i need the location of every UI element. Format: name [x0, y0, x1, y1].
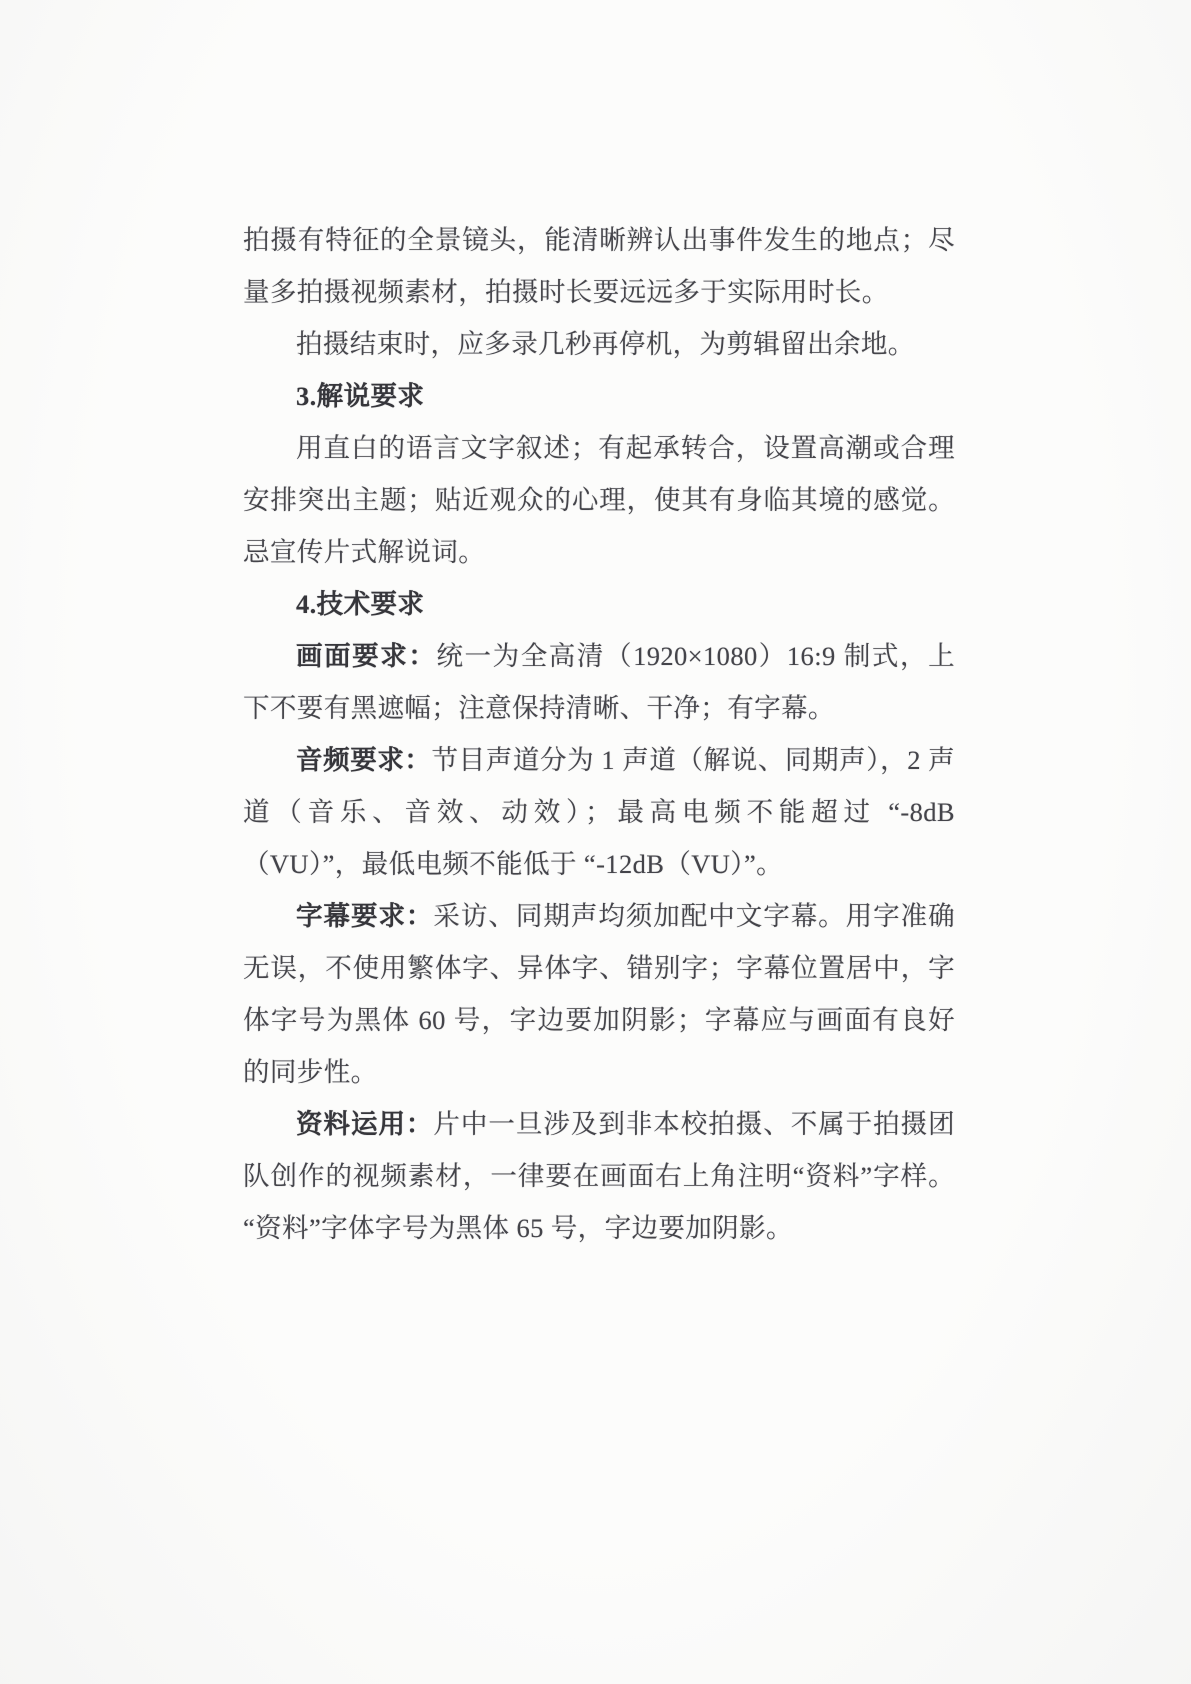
paragraph-shooting-continuation: 拍摄有特征的全景镜头，能清晰辨认出事件发生的地点；尽量多拍摄视频素材，拍摄时长要…	[243, 214, 955, 318]
heading-text: 3.解说要求	[296, 381, 424, 411]
document-text-block: 拍摄有特征的全景镜头，能清晰辨认出事件发生的地点；尽量多拍摄视频素材，拍摄时长要…	[243, 214, 955, 1254]
paragraph-lead: 画面要求：	[296, 641, 436, 671]
paragraph-narration-requirements: 用直白的语言文字叙述；有起承转合，设置高潮或合理安排突出主题；贴近观众的心理，使…	[243, 422, 955, 578]
paragraph-shooting-end: 拍摄结束时，应多录几秒再停机，为剪辑留出余地。	[243, 318, 955, 370]
paragraph-footage-usage: 资料运用：片中一旦涉及到非本校拍摄、不属于拍摄团队创作的视频素材，一律要在画面右…	[243, 1098, 955, 1254]
scanned-document-page: 拍摄有特征的全景镜头，能清晰辨认出事件发生的地点；尽量多拍摄视频素材，拍摄时长要…	[0, 0, 1191, 1684]
paragraph-text: 拍摄结束时，应多录几秒再停机，为剪辑留出余地。	[296, 329, 915, 359]
paragraph-lead: 音频要求：	[296, 745, 432, 775]
paragraph-lead: 资料运用：	[296, 1109, 433, 1139]
paragraph-text: 用直白的语言文字叙述；有起承转合，设置高潮或合理安排突出主题；贴近观众的心理，使…	[243, 433, 955, 567]
paragraph-picture-requirements: 画面要求：统一为全高清（1920×1080）16:9 制式，上下不要有黑遮幅；注…	[243, 630, 955, 734]
paragraph-lead: 字幕要求：	[296, 901, 433, 931]
section-heading-narration: 3.解说要求	[243, 370, 955, 422]
paragraph-audio-requirements: 音频要求：节目声道分为 1 声道（解说、同期声），2 声道（音乐、音效、动效）；…	[243, 734, 955, 890]
section-heading-technical: 4.技术要求	[243, 578, 955, 630]
heading-text: 4.技术要求	[296, 589, 424, 619]
paragraph-text: 拍摄有特征的全景镜头，能清晰辨认出事件发生的地点；尽量多拍摄视频素材，拍摄时长要…	[243, 225, 955, 307]
paragraph-subtitle-requirements: 字幕要求：采访、同期声均须加配中文字幕。用字准确无误，不使用繁体字、异体字、错别…	[243, 890, 955, 1098]
